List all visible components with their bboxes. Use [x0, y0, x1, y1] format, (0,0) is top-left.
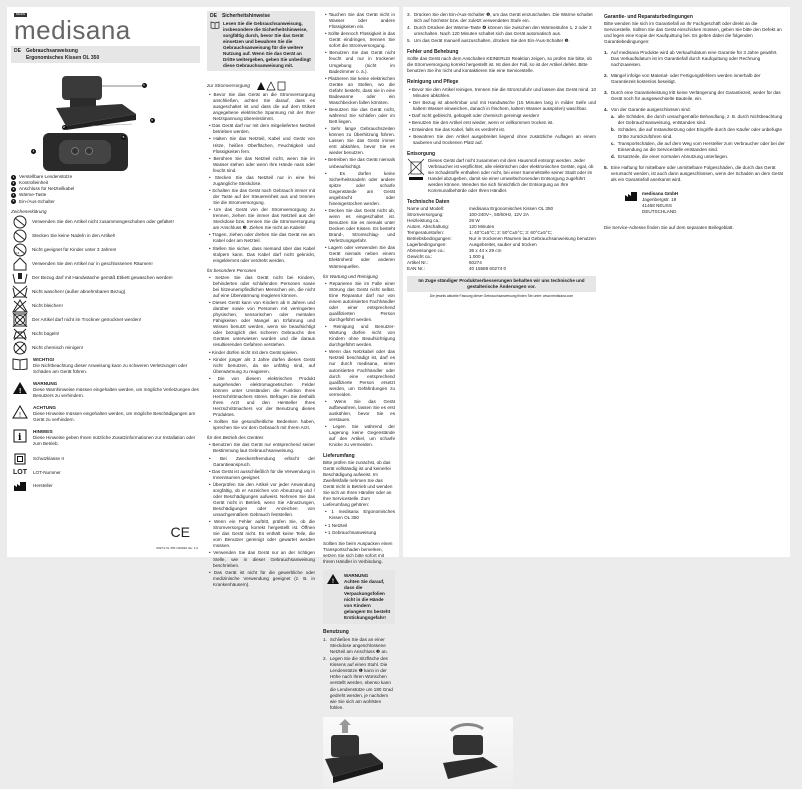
- page-safety: DESicherheitshinweise Lesen Sie die Gebr…: [203, 7, 399, 557]
- symbol-row: Nicht waschen! (außer abnehmbaren Bezug): [11, 285, 200, 299]
- lot-icon: LOT: [11, 468, 29, 477]
- cleaning-list: Bevor Sie den Artikel reinigen, trennen …: [407, 87, 596, 147]
- no-needles-icon: [11, 229, 29, 243]
- manual-title-box: DE Gebrauchsanweisung Ergonomisches Kiss…: [11, 46, 200, 63]
- maintenance-list: Reparieren Sie im Falle einer Störung da…: [323, 281, 395, 449]
- weee-bin-icon: [407, 158, 425, 194]
- symbol-row: Der Artikel darf nicht im Trockner getro…: [11, 313, 200, 327]
- language-code: DE: [14, 48, 21, 61]
- warranty-intro: Bitte wenden Sie sich im Garantiefall an…: [604, 21, 786, 45]
- caution-block: ! ACHTUNGDiese Hinweise müssen eingehalt…: [11, 405, 200, 423]
- svg-text:!: !: [19, 412, 21, 419]
- warranty-heading: Garantie- und Reparaturbedingungen: [604, 14, 786, 21]
- version-code: 60274 OL 350 10/2020 Ver. 1.0: [156, 547, 198, 551]
- parts-legend: 1Verstellbare Lendenstütze 2Kontrolleinh…: [11, 174, 200, 204]
- warranty-exclusions: a.alle Schäden, die durch unsachgemäße B…: [611, 114, 786, 159]
- improvement-notice: Im Zuge ständiger Produktverbesserungen …: [407, 276, 596, 292]
- do-not-tumble-dry-icon: [11, 313, 29, 327]
- power-heading: zur Stromversorgung: [207, 83, 250, 89]
- online-version-note: Die jeweils aktuelle Fassung dieser Gebr…: [407, 294, 596, 298]
- power-list: Bevor Sie das Gerät an die Stromversorgu…: [207, 92, 315, 264]
- page-usage-tech: 3.Drücken Sie den Ein-/Aus-Schalter ❺, u…: [403, 7, 600, 557]
- warning-filled-icon: !: [11, 381, 29, 399]
- operation-heading: für den Betrieb des Gerätes: [207, 435, 315, 441]
- do-not-wash-icon: [11, 285, 29, 299]
- class2-row: Schutzklasse II: [11, 453, 200, 465]
- cleaning-heading: Reinigung und Pflege: [407, 79, 596, 86]
- svg-text:0-3: 0-3: [15, 251, 20, 255]
- svg-text:!: !: [19, 388, 21, 395]
- symbol-row: 0-3Nicht geeignet für Kinder unter 3 Jah…: [11, 243, 200, 257]
- usage-steps-continued: 3.Drücken Sie den Ein-/Aus-Schalter ❺, u…: [407, 12, 596, 44]
- delivery-heading: Lieferumfang: [323, 453, 395, 460]
- indoor-only-icon: [11, 257, 29, 271]
- do-not-iron-icon: [11, 327, 29, 341]
- maintenance-heading: für Wartung und Reinigung: [323, 274, 395, 280]
- disposal-heading: Entsorgung: [407, 151, 596, 158]
- product-name: Ergonomisches Kissen OL 350: [26, 55, 99, 62]
- page-warranty: Garantie- und Reparaturbedingungen Bitte…: [600, 7, 790, 557]
- manufacturer-row: Hersteller: [11, 481, 200, 491]
- symbol-row: Verwenden Sie den Artikel nur in geschlo…: [11, 257, 200, 271]
- delivery-list: 1 medisana Ergonomisches Kissen OL 3501 …: [323, 509, 395, 535]
- manual-book-icon: [11, 357, 29, 375]
- manufacturer-icon: [624, 191, 638, 215]
- no-dry-clean-icon: [11, 341, 29, 355]
- control-unit-illustration: 4 5: [43, 133, 128, 171]
- symbol-row: Nicht bügeln!: [11, 327, 200, 341]
- persons-heading: für besondere Personen: [207, 268, 315, 274]
- page-cover: DE/EN medisana DE Gebrauchsanweisung Erg…: [7, 7, 204, 557]
- persons-list: Setzen Sie das Gerät nicht bei Kindern, …: [207, 275, 315, 432]
- tech-heading: Technische Daten: [407, 199, 596, 206]
- safety-column-2: Tauchen Sie das Gerät nicht in Wasser od…: [323, 11, 395, 553]
- safety-column-1: zur Stromversorgung Bevor Sie das Gerät …: [207, 81, 315, 553]
- fault-text: Sollte das Gerät nach dem Anschalten KEI…: [407, 56, 596, 74]
- lot-row: LOT LOT-Nummer: [11, 468, 200, 477]
- disposal-block: Dieses Gerät darf nicht zusammen mit dem…: [407, 158, 596, 194]
- note-block: i HINWEISDiese Hinweise geben Ihnen nütz…: [11, 429, 200, 447]
- important-block: WICHTIG!Die Nichtbeachtung dieser Anweis…: [11, 357, 200, 375]
- brand-logo: medisana: [14, 17, 200, 43]
- service-address-note: Die Service-Adresse finden Sie auf dem s…: [604, 225, 786, 231]
- manufacturer-address: medisana GmbH Jagenbergstr. 19 41468 NEU…: [624, 191, 786, 215]
- delivery-text: Bitte prüfen Sie zunächst, ob das Gerät …: [323, 460, 395, 509]
- symbol-row: Verwenden Sie den Artikel nicht zusammen…: [11, 215, 200, 229]
- warning-symbols-icon: [256, 81, 286, 91]
- no-children-icon: 0-3: [11, 243, 29, 257]
- product-illustration: 1 2 3: [52, 68, 160, 130]
- manual-title: Gebrauchsanweisung: [26, 48, 99, 55]
- operation-list: Benutzen Sie das Gerät nur entsprechend …: [207, 442, 315, 567]
- legend-item: 5Ein-/Aus-Schalter: [11, 199, 200, 205]
- hand-wash-icon: [11, 271, 29, 285]
- symbol-row: Stecken Sie keine Nadeln in den Artikel!: [11, 229, 200, 243]
- svg-text:i: i: [18, 433, 22, 443]
- tech-table: Name und Modell:medisana Ergonomisches K…: [407, 206, 596, 273]
- do-not-bleach-icon: [11, 299, 29, 313]
- ce-mark: CE: [171, 523, 190, 541]
- manufacturer-icon: [11, 481, 29, 491]
- info-icon: i: [11, 429, 29, 447]
- symbol-row: Nicht bleichen!: [11, 299, 200, 313]
- fault-heading: Fehler und Behebung: [407, 49, 596, 56]
- transport-text: Sollten Sie beim Auspacken einen Transpo…: [323, 541, 395, 565]
- caution-outline-icon: !: [11, 405, 29, 423]
- symbol-row: Der Bezug darf mit Handwäsche gemäß Etik…: [11, 271, 200, 285]
- general-safety-list: Tauchen Sie das Gerät nicht in Wasser od…: [323, 12, 395, 270]
- warranty-conditions: 1.Auf medisana Produkte wird ab Verkaufs…: [604, 50, 786, 183]
- warning-block: ! WARNUNGDiese Warnhinweise müssen einge…: [11, 381, 200, 399]
- symbol-row: Nicht chemisch reinigen!: [11, 341, 200, 355]
- no-fold-icon: [11, 215, 29, 229]
- protection-class-2-icon: [11, 453, 29, 465]
